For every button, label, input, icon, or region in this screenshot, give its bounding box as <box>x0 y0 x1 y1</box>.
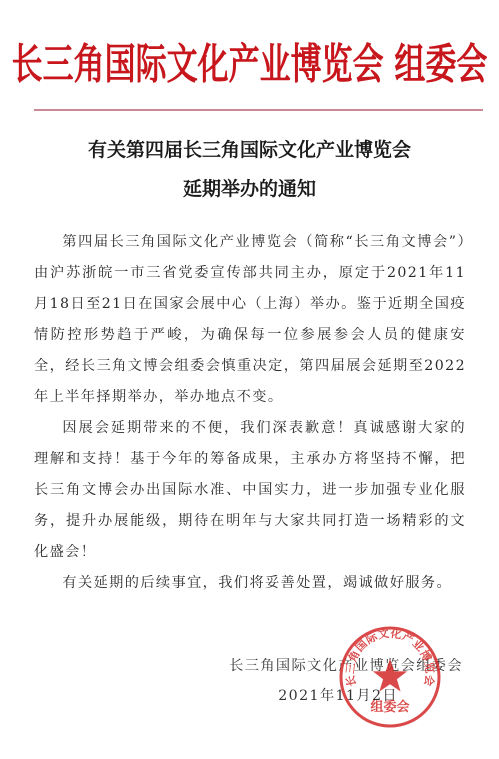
star-icon <box>373 659 407 692</box>
letterhead-divider <box>34 109 483 111</box>
body-paragraph-1: 第四届长三角国际文化产业博览会（简称“长三角文博会”）由沪苏浙皖一市三省党委宣传… <box>34 227 466 413</box>
seal-bottom-text: 组委会 <box>370 699 409 715</box>
body-paragraph-2: 因展会延期带来的不便，我们深表歉意！真诚感谢大家的理解和支持！基于今年的筹备成果… <box>34 413 466 568</box>
seal-icon: 长三角国际文化产业博览会 组委会 <box>338 625 442 729</box>
notice-title-line1: 有关第四届长三角国际文化产业博览会 <box>0 135 499 162</box>
notice-title-line2: 延期举办的通知 <box>0 174 499 201</box>
letterhead: 长三角国际文化产业博览会 组委会 <box>0 30 499 91</box>
official-seal: 长三角国际文化产业博览会 组委会 <box>338 625 442 729</box>
body-paragraph-3: 有关延期的后续事宜，我们将妥善处置，竭诚做好服务。 <box>34 568 466 599</box>
notice-body: 第四届长三角国际文化产业博览会（简称“长三角文博会”）由沪苏浙皖一市三省党委宣传… <box>34 227 466 599</box>
